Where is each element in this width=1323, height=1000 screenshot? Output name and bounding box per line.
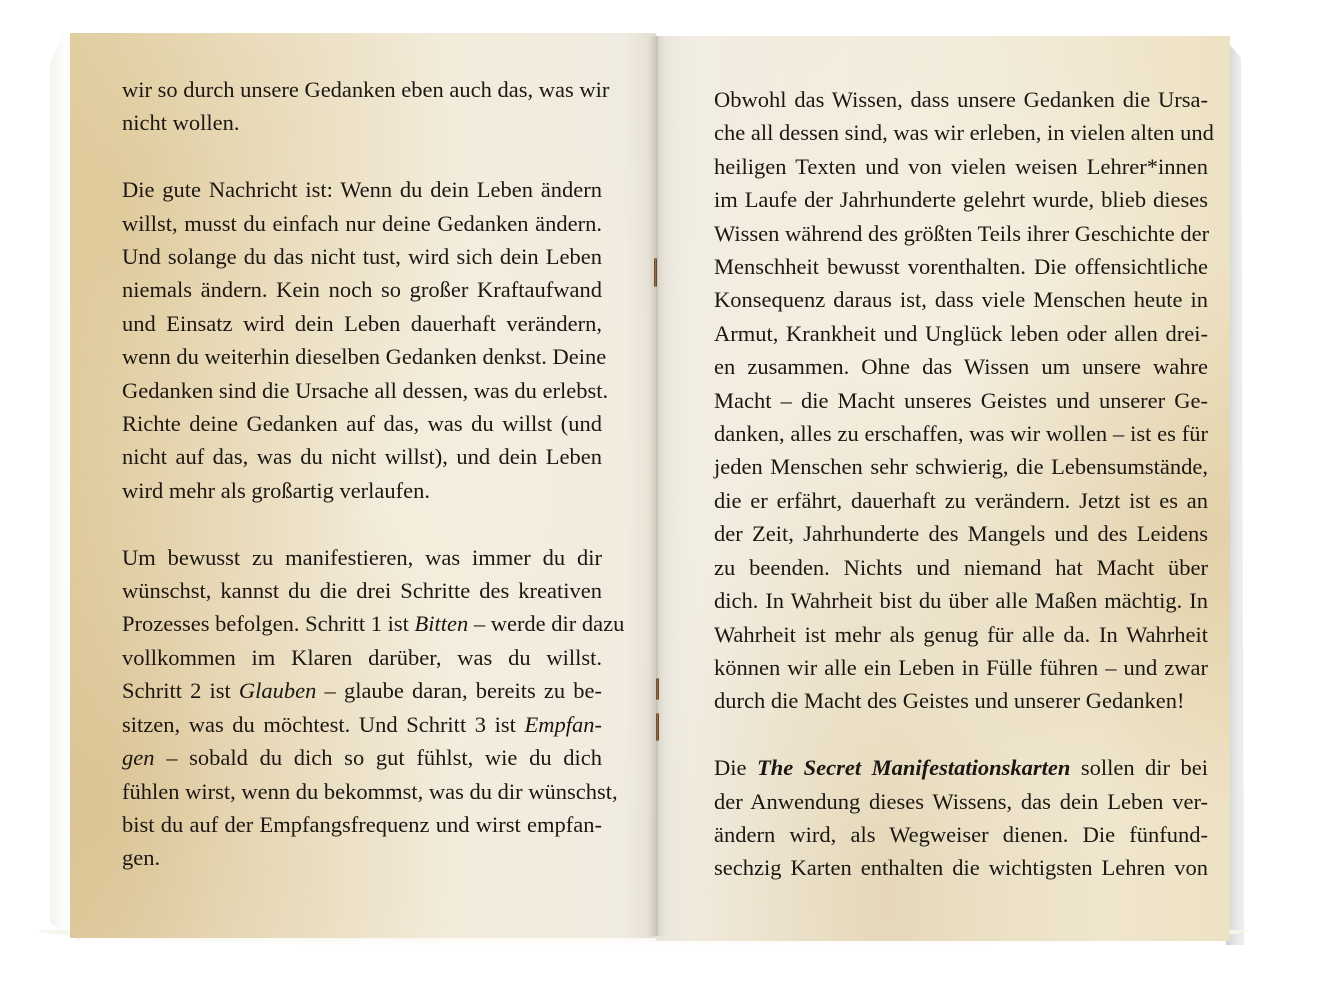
text-line: Macht – die Macht unseres Geistes und un…: [714, 384, 1208, 417]
text-line: Wahrheit ist mehr als genug für alle da.…: [714, 618, 1208, 651]
text-run: Armut, Krankheit und Unglück leben oder …: [714, 321, 1208, 346]
text-run: che all dessen sind, was wir erleben, in…: [714, 120, 1214, 145]
text-line: ändern wird, als Wegweiser dienen. Die f…: [714, 818, 1208, 851]
text-run: Schritt 2 ist: [122, 678, 239, 703]
text-run: nicht wollen.: [122, 110, 239, 135]
right-page-text: Obwohl das Wissen, dass unsere Gedanken …: [714, 83, 1208, 885]
text-line: che all dessen sind, was wir erleben, in…: [714, 116, 1208, 149]
text-line: und Einsatz wird dein Leben dauerhaft ve…: [122, 307, 602, 340]
text-run: Konsequenz daraus ist, dass viele Mensch…: [714, 287, 1208, 312]
right-page: Obwohl das Wissen, dass unsere Gedanken …: [656, 36, 1230, 941]
text-run: der Anwendung dieses Wissens, das dein L…: [714, 789, 1208, 814]
page-stack-right-edge: [1226, 40, 1256, 945]
text-line: dich. In Wahrheit bist du über alle Maße…: [714, 584, 1208, 617]
text-run: vollkommen im Klaren darüber, was du wil…: [122, 645, 602, 670]
text-line: im Laufe der Jahrhunderte gelehrt wurde,…: [714, 183, 1208, 216]
text-line: gen – sobald du dich so gut fühlst, wie …: [122, 741, 602, 774]
staple-2-bottom: [656, 713, 659, 741]
text-run: und Einsatz wird dein Leben dauerhaft ve…: [122, 311, 602, 336]
text-run: Und solange du das nicht tust, wird sich…: [122, 244, 602, 269]
text-line: Obwohl das Wissen, dass unsere Gedanken …: [714, 83, 1208, 116]
text-line: Schritt 2 ist Glauben – glaube daran, be…: [122, 674, 602, 707]
text-line: Wissen während des größten Teils ihrer G…: [714, 217, 1208, 250]
text-line: der Zeit, Jahrhunderte des Mangels und d…: [714, 517, 1208, 550]
open-book: wir so durch unsere Gedanken eben auch d…: [0, 0, 1323, 1000]
text-line: Menschheit bewusst vorenthalten. Die off…: [714, 250, 1208, 283]
text-line: en zusammen. Ohne das Wissen um unsere w…: [714, 350, 1208, 383]
paragraph-gap: [714, 718, 1208, 751]
text-run: en zusammen. Ohne das Wissen um unsere w…: [714, 354, 1208, 379]
text-run: dich. In Wahrheit bist du über alle Maße…: [714, 588, 1208, 613]
text-run: sitzen, was du möchtest. Und Schritt 3 i…: [122, 712, 525, 737]
text-run: gen.: [122, 845, 160, 870]
italic-term: Bitten: [414, 611, 468, 636]
text-line: Um bewusst zu manifestieren, was immer d…: [122, 541, 602, 574]
text-line: können wir alle ein Leben in Fülle führe…: [714, 651, 1208, 684]
text-run: danken, alles zu erschaffen, was wir wol…: [714, 421, 1208, 446]
book-gutter: [648, 36, 666, 936]
paragraph-gap: [122, 507, 602, 540]
text-line: wir so durch unsere Gedanken eben auch d…: [122, 73, 602, 106]
text-line: Prozesses befolgen. Schritt 1 ist Bitten…: [122, 607, 602, 640]
text-run: der Zeit, Jahrhunderte des Mangels und d…: [714, 521, 1208, 546]
text-line: Und solange du das nicht tust, wird sich…: [122, 240, 602, 273]
text-line: wenn du weiterhin dieselben Gedanken den…: [122, 340, 602, 373]
text-run: willst, musst du einfach nur deine Gedan…: [122, 211, 602, 236]
text-run: – sobald du dich so gut fühlst, wie du d…: [155, 745, 603, 770]
left-page-text: wir so durch unsere Gedanken eben auch d…: [122, 73, 602, 875]
text-run: zu beenden. Nichts und niemand hat Macht…: [714, 555, 1208, 580]
book-title-emphasis: The Secret Manifestationskarten: [757, 755, 1070, 780]
text-run: Gedanken sind die Ursache all dessen, wa…: [122, 378, 608, 403]
text-line: vollkommen im Klaren darüber, was du wil…: [122, 641, 602, 674]
text-run: Macht – die Macht unseres Geistes und un…: [714, 388, 1208, 413]
text-line: nicht auf das, was du nicht willst), und…: [122, 440, 602, 473]
text-run: Wahrheit ist mehr als genug für alle da.…: [714, 622, 1208, 647]
text-line: wünschst, kannst du die drei Schritte de…: [122, 574, 602, 607]
text-run: wenn du weiterhin dieselben Gedanken den…: [122, 344, 606, 369]
text-line: sechzig Karten enthalten die wichtigsten…: [714, 851, 1208, 884]
text-run: Um bewusst zu manifestieren, was immer d…: [122, 545, 602, 570]
text-run: nicht auf das, was du nicht willst), und…: [122, 444, 602, 469]
staple-1-bottom: [654, 267, 657, 287]
text-run: bist du auf der Empfangsfrequenz und wir…: [122, 812, 602, 837]
text-line: nicht wollen.: [122, 106, 602, 139]
italic-term: Glauben: [239, 678, 317, 703]
text-run: wir so durch unsere Gedanken eben auch d…: [122, 77, 609, 102]
left-page: wir so durch unsere Gedanken eben auch d…: [70, 33, 656, 938]
text-line: gen.: [122, 841, 602, 874]
text-run: können wir alle ein Leben in Fülle führe…: [714, 655, 1208, 680]
text-line: Die The Secret Manifestationskarten soll…: [714, 751, 1208, 784]
text-run: jeden Menschen sehr schwierig, die Leben…: [714, 454, 1208, 479]
text-run: – glaube daran, bereits zu be-: [316, 678, 602, 703]
text-run: sollen dir bei: [1070, 755, 1208, 780]
text-line: Richte deine Gedanken auf das, was du wi…: [122, 407, 602, 440]
text-run: Menschheit bewusst vorenthalten. Die off…: [714, 254, 1208, 279]
paragraph-gap: [122, 140, 602, 173]
text-line: danken, alles zu erschaffen, was wir wol…: [714, 417, 1208, 450]
text-run: – werde dir dazu: [468, 611, 624, 636]
text-run: im Laufe der Jahrhunderte gelehrt wurde,…: [714, 187, 1208, 212]
text-run: wünschst, kannst du die drei Schritte de…: [122, 578, 602, 603]
text-run: Obwohl das Wissen, dass unsere Gedanken …: [714, 87, 1208, 112]
text-run: Die: [714, 755, 757, 780]
text-line: durch die Macht des Geistes und unserer …: [714, 684, 1208, 717]
text-line: wird mehr als großartig verlaufen.: [122, 474, 602, 507]
italic-term: gen: [122, 745, 155, 770]
text-line: fühlen wirst, wenn du bekommst, was du d…: [122, 775, 602, 808]
text-line: zu beenden. Nichts und niemand hat Macht…: [714, 551, 1208, 584]
text-run: ändern wird, als Wegweiser dienen. Die f…: [714, 822, 1208, 847]
text-run: wird mehr als großartig verlaufen.: [122, 478, 430, 503]
text-run: niemals ändern. Kein noch so großer Kraf…: [122, 277, 602, 302]
italic-term: Empfan-: [525, 712, 603, 737]
text-line: Konsequenz daraus ist, dass viele Mensch…: [714, 283, 1208, 316]
text-line: jeden Menschen sehr schwierig, die Leben…: [714, 450, 1208, 483]
text-run: Prozesses befolgen. Schritt 1 ist: [122, 611, 414, 636]
text-run: durch die Macht des Geistes und unserer …: [714, 688, 1184, 713]
text-run: Die gute Nachricht ist: Wenn du dein Leb…: [122, 177, 602, 202]
text-run: heiligen Texten und von vielen weisen Le…: [714, 154, 1208, 179]
text-line: niemals ändern. Kein noch so großer Kraf…: [122, 273, 602, 306]
text-line: bist du auf der Empfangsfrequenz und wir…: [122, 808, 602, 841]
text-line: der Anwendung dieses Wissens, das dein L…: [714, 785, 1208, 818]
text-run: die er erfährt, dauerhaft zu verändern. …: [714, 488, 1208, 513]
text-run: fühlen wirst, wenn du bekommst, was du d…: [122, 779, 618, 804]
text-line: Armut, Krankheit und Unglück leben oder …: [714, 317, 1208, 350]
text-line: Die gute Nachricht ist: Wenn du dein Leb…: [122, 173, 602, 206]
text-line: heiligen Texten und von vielen weisen Le…: [714, 150, 1208, 183]
text-line: willst, musst du einfach nur deine Gedan…: [122, 207, 602, 240]
text-run: sechzig Karten enthalten die wichtigsten…: [714, 855, 1208, 880]
text-line: sitzen, was du möchtest. Und Schritt 3 i…: [122, 708, 602, 741]
text-line: Gedanken sind die Ursache all dessen, wa…: [122, 374, 602, 407]
text-run: Wissen während des größten Teils ihrer G…: [714, 221, 1209, 246]
text-line: die er erfährt, dauerhaft zu verändern. …: [714, 484, 1208, 517]
staple-2-top: [656, 678, 659, 700]
text-run: Richte deine Gedanken auf das, was du wi…: [122, 411, 602, 436]
